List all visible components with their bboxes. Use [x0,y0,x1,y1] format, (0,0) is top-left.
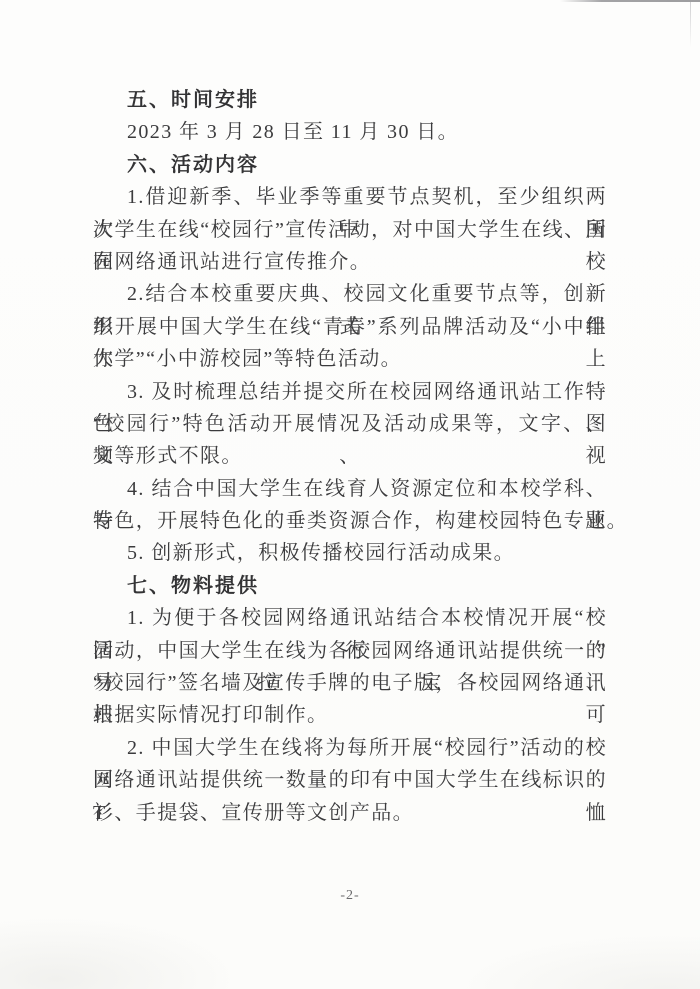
doc-line: 织开展中国大学生在线“青春”系列品牌活动及“小中伴你上 [93,311,607,343]
doc-line: 4. 结合中国大学生在线育人资源定位和本校学科、专业 [93,473,607,505]
doc-line: 3. 及时梳理总结并提交所在校园网络通讯站工作特色、 [93,376,607,408]
document-page: 五、时间安排 2023 年 3 月 28 日至 11 月 30 日。 六、活动内… [0,0,700,989]
doc-line: 1.借迎新季、毕业季等重要节点契机，至少组织两次中国 [93,181,607,213]
document-body: 五、时间安排 2023 年 3 月 28 日至 11 月 30 日。 六、活动内… [93,84,607,829]
section-heading-7-materials: 七、物料提供 [93,570,607,602]
doc-line: 2.结合本校重要庆典、校园文化重要节点等，创新形式组 [93,278,607,310]
doc-line: 2. 中国大学生在线将为每所开展“校园行”活动的校园 [93,732,607,764]
doc-line: 特色，开展特色化的垂类资源合作，构建校园特色专题。 [93,505,607,537]
section-heading-5-time: 五、时间安排 [93,84,607,116]
page-number: -2- [0,888,700,904]
scan-artifact-top-edge [560,0,700,2]
doc-line: 1. 为便于各校园网络通讯站结合本校情况开展“校园行” [93,602,607,634]
doc-line-date: 2023 年 3 月 28 日至 11 月 30 日。 [93,116,607,148]
doc-line: 大学生在线“校园行”宣传活动，对中国大学生在线、所在校 [93,214,607,246]
doc-line: 5. 创新形式，积极传播校园行活动成果。 [93,537,607,569]
section-heading-6-activities: 六、活动内容 [93,149,607,181]
scan-artifact-right-edge [690,2,691,48]
doc-line: “校园行”特色活动开展情况及活动成果等，文字、图文、视 [93,408,607,440]
doc-line: “校园行”签名墙及宣传手牌的电子版，各校园网络通讯站可 [93,667,607,699]
doc-line: 活动，中国大学生在线为各校园网络通讯站提供统一的易拉宝、 [93,635,607,667]
doc-line: 网络通讯站提供统一数量的印有中国大学生在线标识的 T 恤 [93,764,607,796]
